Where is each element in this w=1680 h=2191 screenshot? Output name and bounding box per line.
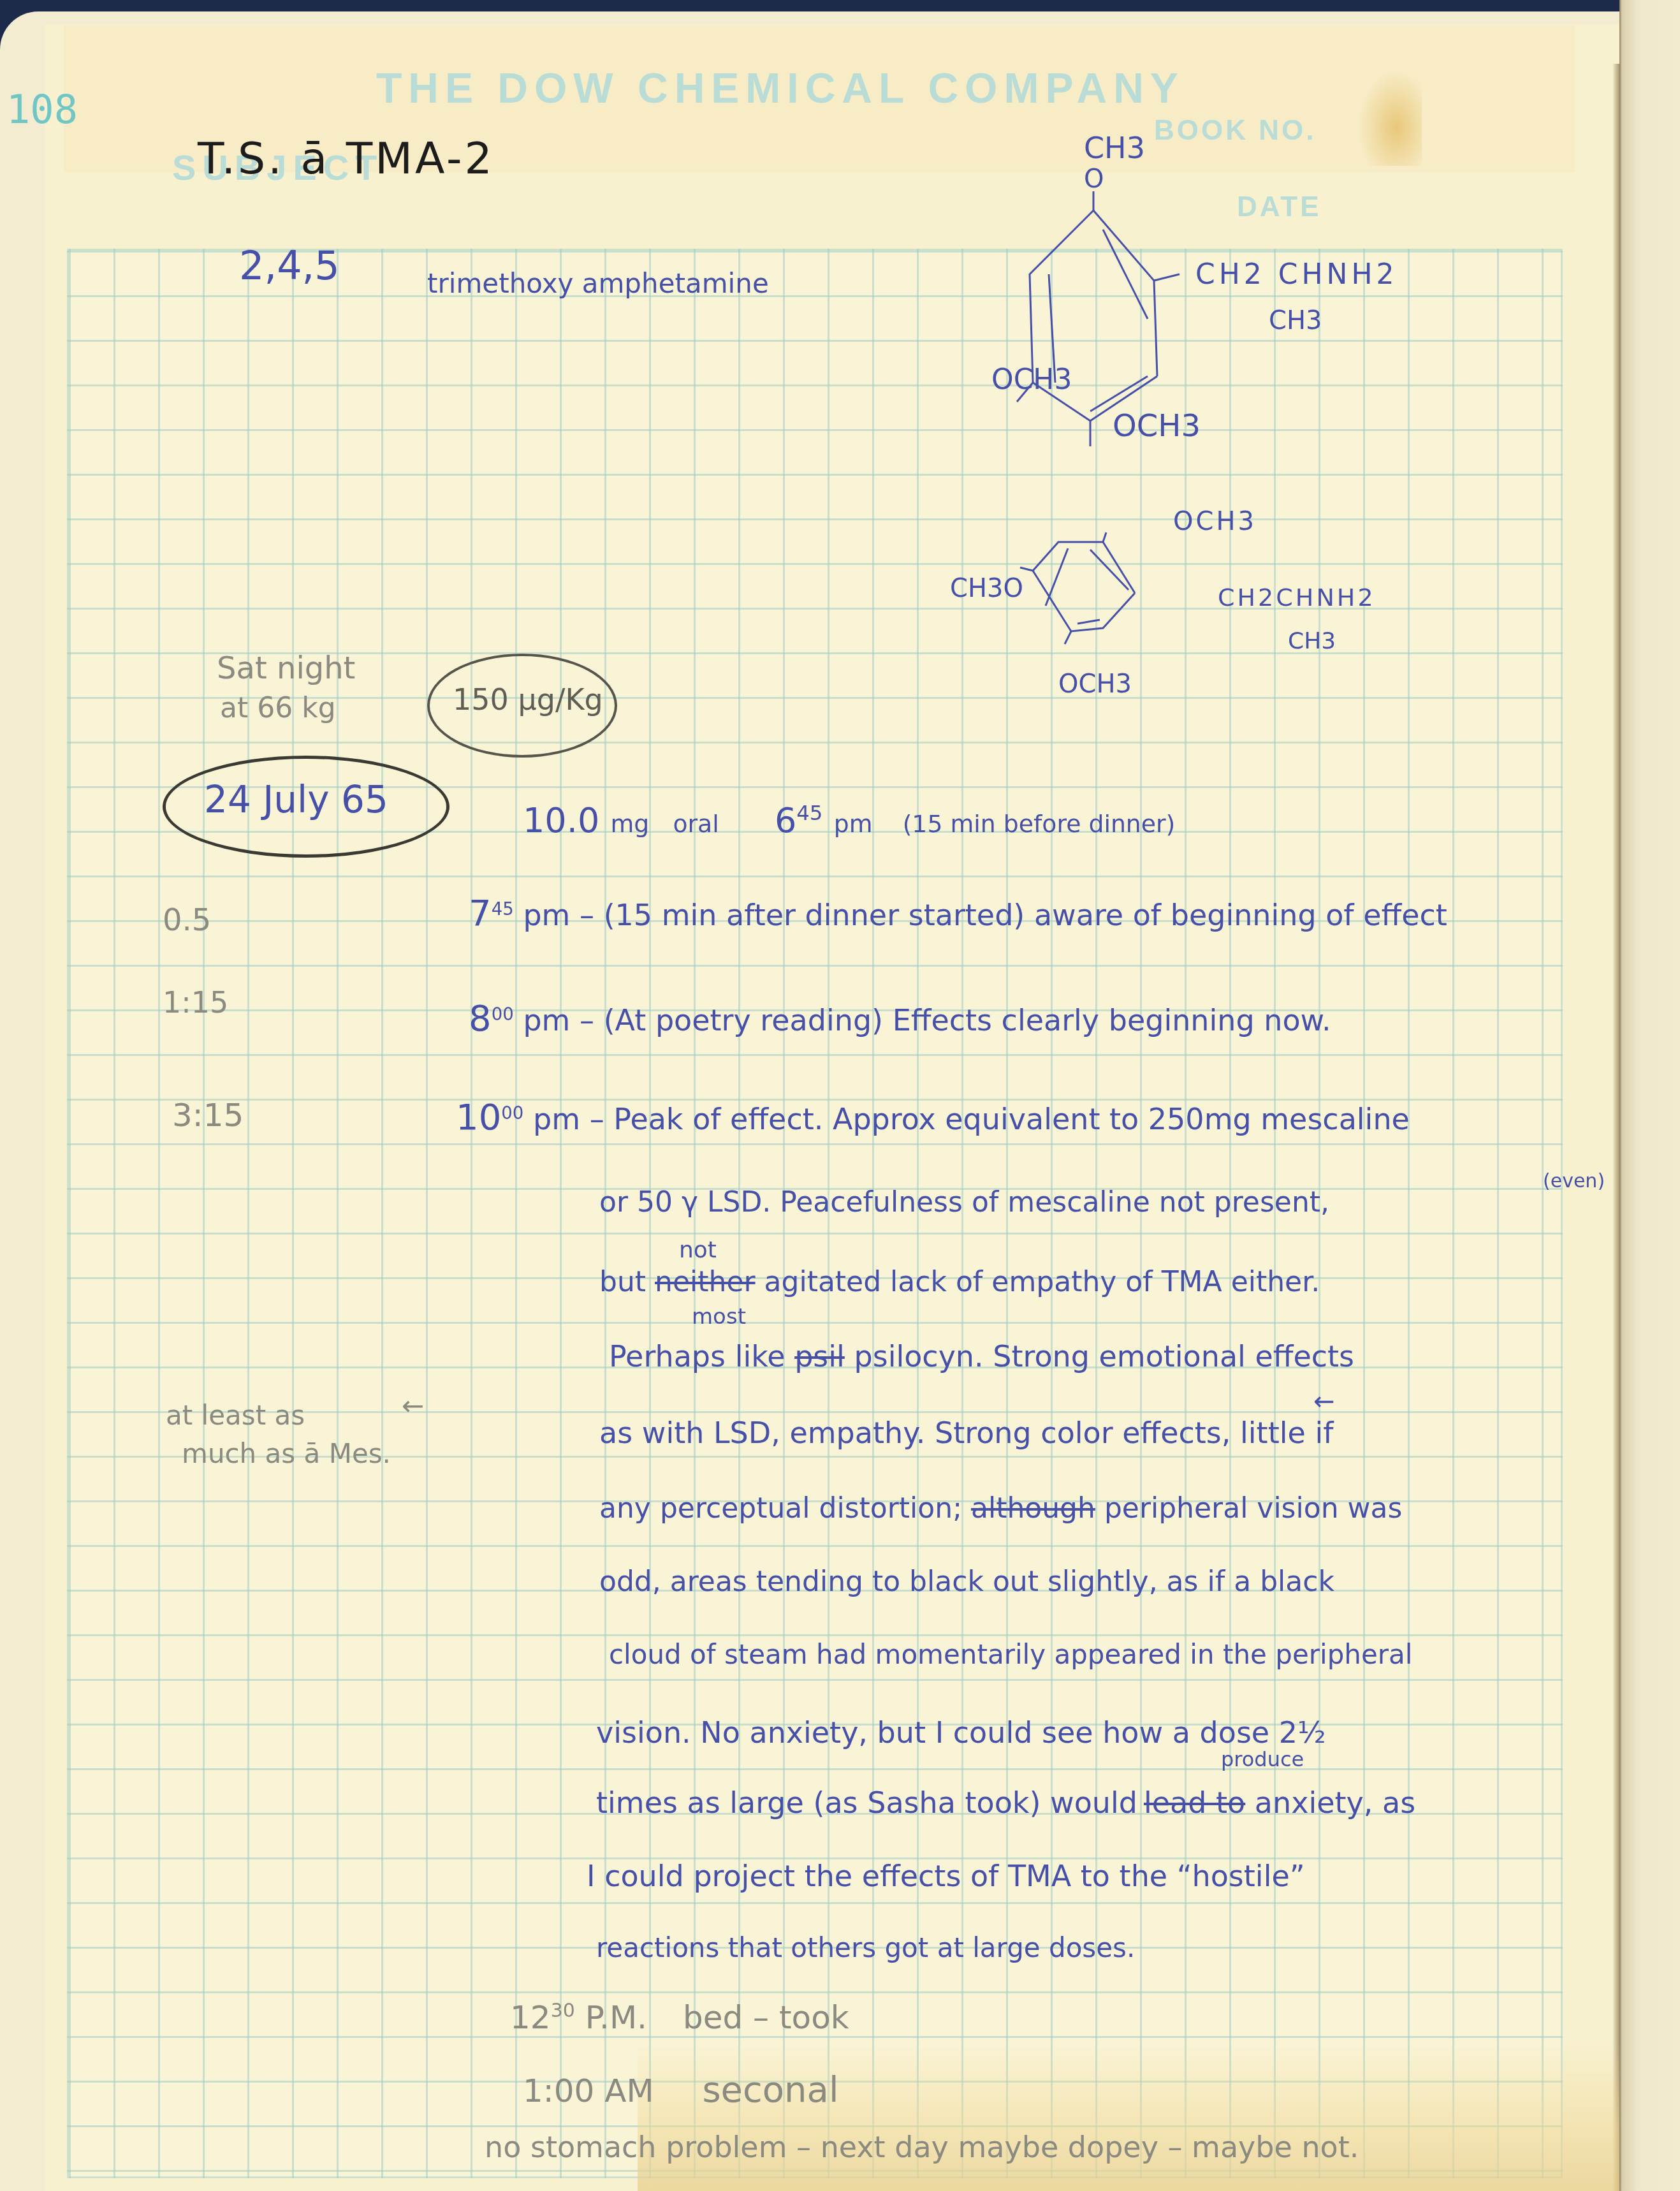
- letterhead-date-label: DATE: [1237, 191, 1322, 223]
- struck-word: neither: [655, 1266, 755, 1298]
- dose-per-kg: 150 µg/Kg: [453, 682, 603, 717]
- margin-note-line1: at least as: [166, 1400, 305, 1431]
- text-segment: times as large (as Sasha took) would: [596, 1785, 1137, 1820]
- entry-suffix: pm: [523, 898, 570, 932]
- entry-min: 00: [492, 1004, 514, 1025]
- peak-line-2: but neither agitated lack of empathy of …: [599, 1266, 1320, 1298]
- late-entry-1230: 1230 P.M. bed – took: [510, 1999, 849, 2036]
- structure2-side-chain-methyl: CH3: [1288, 628, 1336, 654]
- elapsed-mark-2: 1:15: [163, 985, 228, 1020]
- structure2-bottom-och3: OCH3: [1058, 670, 1132, 699]
- structure1-top-o: O: [1084, 165, 1104, 194]
- entry-hour: 10: [456, 1097, 501, 1138]
- peak-line-8: vision. No anxiety, but I could see how …: [596, 1715, 1326, 1750]
- structure1-top-ch3: CH3: [1084, 131, 1145, 165]
- late-min: 30: [551, 2000, 575, 2022]
- insertion-even: (even): [1543, 1170, 1605, 1192]
- text-segment: agitated lack of empathy of TMA either.: [756, 1266, 1320, 1298]
- structure1-side-chain: CH2 CHNH2: [1195, 258, 1398, 291]
- structure2-left-ch3o: CH3O: [950, 574, 1023, 603]
- late-time: 12: [510, 1999, 551, 2036]
- late-text: bed – took: [683, 1999, 849, 2036]
- dose-amount: 10.0: [523, 800, 599, 840]
- structure2-side-chain: CH2CHNH2: [1218, 583, 1376, 612]
- dose-route: oral: [673, 810, 719, 838]
- text-segment: Perhaps: [609, 1339, 726, 1374]
- text-segment: like: [726, 1339, 794, 1374]
- late-suffix: AM: [604, 2072, 654, 2109]
- benzene-ring-icon: [1020, 191, 1211, 383]
- peak-line-9: times as large (as Sasha took) wouldlead…: [596, 1785, 1415, 1820]
- text-segment: any perceptual distortion;: [599, 1492, 971, 1525]
- dose-note: (15 min before dinner): [903, 810, 1176, 838]
- margin-arrow-icon: ←: [402, 1390, 424, 1421]
- peak-line-11: reactions that others got at large doses…: [596, 1932, 1135, 1963]
- paper-discoloration: [638, 2041, 1619, 2191]
- insertion-produce: produce: [1221, 1747, 1304, 1771]
- peak-line-10: I could project the effects of TMA to th…: [587, 1859, 1305, 1893]
- insertion-most: most: [692, 1304, 746, 1330]
- letterhead-book-no-label: BOOK NO.: [1154, 115, 1316, 147]
- footer-note: no stomach problem – next day maybe dope…: [485, 2130, 1359, 2164]
- structure1-bottom-och3: OCH3: [1113, 408, 1201, 444]
- dose-time-min: 45: [796, 801, 822, 825]
- entry-min: 45: [492, 898, 514, 920]
- structure1-side-chain-methyl: CH3: [1269, 306, 1322, 335]
- weight-note-line2: at 66 kg: [220, 692, 336, 724]
- peak-line-3: Perhaps like psil psilocyn. Strong emoti…: [609, 1339, 1354, 1374]
- peak-line-6: odd, areas tending to black out slightly…: [599, 1565, 1334, 1598]
- entry-hour: 8: [469, 998, 492, 1039]
- structure2-top-och3: OCH3: [1173, 507, 1257, 536]
- entry-1000pm: 1000 pm – Peak of effect. Approx equival…: [456, 1097, 1410, 1138]
- struck-word: psil: [794, 1339, 845, 1374]
- entry-745pm: 745 pm – (15 min after dinner started) a…: [469, 893, 1447, 934]
- struck-word: although: [971, 1492, 1095, 1525]
- entry-text: – (At poetry reading) Effects clearly be…: [580, 1003, 1331, 1037]
- dose-time-suffix: pm: [834, 810, 873, 838]
- late-suffix: P.M.: [585, 1999, 647, 2036]
- page-title: T.S. ā TMA-2: [198, 134, 495, 184]
- compound-name: trimethoxy amphetamine: [427, 268, 769, 299]
- text-segment: anxiety, as: [1245, 1785, 1415, 1820]
- inline-arrow-icon: ←: [1313, 1387, 1335, 1416]
- text-segment: but: [599, 1266, 655, 1298]
- entry-suffix: pm: [533, 1102, 580, 1136]
- peak-line-7: cloud of steam had momentarily appeared …: [609, 1639, 1412, 1670]
- water-stain: [1358, 70, 1422, 166]
- dose-line: 10.0 mg oral 645 pm (15 min before dinne…: [523, 800, 1175, 840]
- compound-positions: 2,4,5: [239, 242, 340, 289]
- peak-line-4: as with LSD, empathy. Strong color effec…: [599, 1416, 1333, 1450]
- elapsed-mark-1: 0.5: [163, 902, 211, 938]
- insertion-not: not: [679, 1237, 717, 1263]
- entry-800pm: 800 pm – (At poetry reading) Effects cle…: [469, 998, 1331, 1039]
- dose-time-hour: 6: [775, 800, 796, 840]
- page-number: 108: [6, 86, 78, 133]
- weight-note-line1: Sat night: [217, 650, 355, 686]
- entry-date: 24 July 65: [204, 778, 388, 821]
- page-edge-shadow: [1613, 64, 1619, 2191]
- peak-line-5: any perceptual distortion; although peri…: [599, 1492, 1402, 1525]
- page-stack-edge: [1619, 0, 1680, 2191]
- late-text: seconal: [702, 2069, 838, 2111]
- text-segment: peripheral vision was: [1095, 1492, 1403, 1525]
- entry-text: – (15 min after dinner started) aware of…: [580, 898, 1447, 932]
- letterhead-company: THE DOW CHEMICAL COMPANY: [376, 64, 1185, 112]
- benzene-ring-icon: [1020, 542, 1211, 657]
- dose-unit: mg: [610, 810, 649, 838]
- structure1-lower-left-och3: OCH3: [991, 363, 1072, 396]
- late-time: 1:00: [523, 2072, 594, 2109]
- entry-suffix: pm: [523, 1003, 570, 1037]
- entry-hour: 7: [469, 893, 492, 934]
- text-segment: psilocyn. Strong emotional effects: [845, 1339, 1354, 1374]
- late-entry-100: 1:00 AM seconal: [523, 2069, 838, 2111]
- peak-line-1: or 50 γ LSD. Peacefulness of mescaline n…: [599, 1186, 1329, 1219]
- entry-min: 00: [501, 1103, 523, 1124]
- elapsed-mark-3: 3:15: [172, 1097, 244, 1134]
- entry-text: – Peak of effect. Approx equivalent to 2…: [590, 1102, 1410, 1136]
- margin-note-line2: much as ā Mes.: [182, 1438, 391, 1469]
- struck-word: lead to: [1144, 1785, 1245, 1820]
